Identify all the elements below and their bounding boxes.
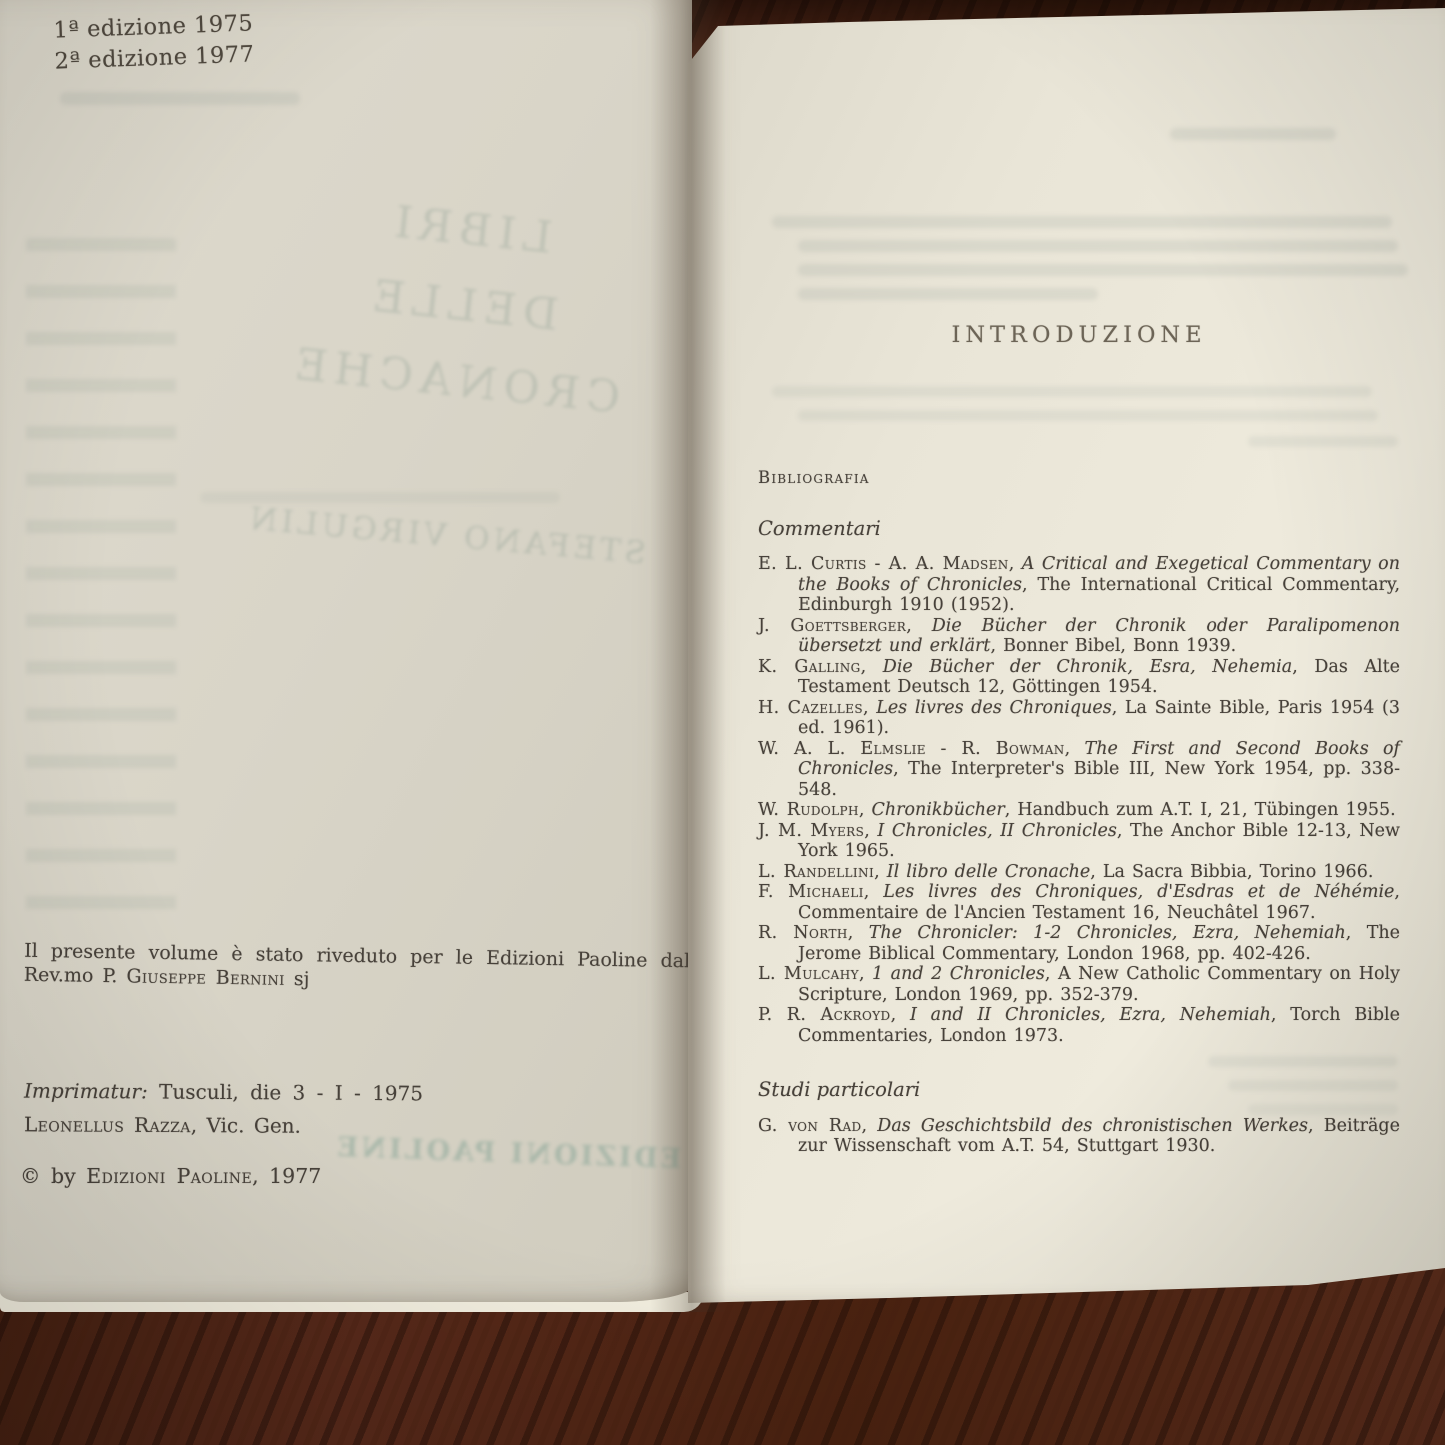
bib-entry: E. L. Curtis - A. A. Madsen, A Critical … — [758, 554, 1400, 616]
bleedthrough-smudge — [798, 288, 1098, 300]
bibliography: Bibliografia CommentariE. L. Curtis - A.… — [758, 468, 1400, 1191]
bleedthrough-publisher: EDIZIONI PAOLINE — [332, 1132, 685, 1175]
bibliography-list: E. L. Curtis - A. A. Madsen, A Critical … — [758, 554, 1400, 1046]
chapter-heading: INTRODUZIONE — [758, 322, 1400, 348]
bibliography-list: G. von Rad, Das Geschichtsbild des chron… — [758, 1116, 1400, 1157]
bib-entry: G. von Rad, Das Geschichtsbild des chron… — [758, 1116, 1400, 1157]
bleedthrough-title: LIBRI DELLE CRONACHE — [241, 171, 683, 442]
bleedthrough-smudge — [1248, 436, 1398, 447]
bleedthrough-smudge — [798, 240, 1398, 252]
bleedthrough-smudge — [772, 216, 1392, 228]
bleedthrough-author: STEFANO VIRGULIN — [227, 499, 664, 573]
bleedthrough-title-line1: LIBRI — [257, 171, 683, 290]
copyright-line: © by Edizioni Paoline, 1977 — [20, 1164, 321, 1188]
section-label: Commentari — [758, 519, 1400, 540]
bibliography-sections: CommentariE. L. Curtis - A. A. Madsen, A… — [758, 519, 1400, 1157]
bib-entry: J. M. Myers, I Chronicles, II Chronicles… — [758, 821, 1400, 862]
bib-entry: F. Michaeli, Les livres des Chroniques, … — [758, 882, 1400, 923]
edition-line-2: 2ª edizione 1977 — [54, 39, 255, 77]
bib-entry: L. Mulcahy, 1 and 2 Chronicles, A New Ca… — [758, 964, 1400, 1005]
bleedthrough-smudge — [798, 410, 1378, 421]
bib-entry: K. Galling, Die Bücher der Chronik, Esra… — [758, 657, 1400, 698]
left-page: 1ª edizione 1975 2ª edizione 1977 LIBRI … — [0, 0, 692, 1302]
right-page: INTRODUZIONE Bibliografia CommentariE. L… — [688, 0, 1445, 1308]
bib-entry: W. Rudolph, Chronikbücher, Handbuch zum … — [758, 800, 1400, 821]
edition-notice: 1ª edizione 1975 2ª edizione 1977 — [53, 8, 255, 77]
vicar-general-line: Leonellus Razza, Vic. Gen. — [24, 1112, 301, 1137]
imprimatur-line: Imprimatur: Tusculi, die 3 - I - 1975 — [24, 1079, 423, 1106]
bib-entry: J. Goettsberger, Die Bücher der Chronik … — [758, 616, 1400, 657]
bleedthrough-smudge — [772, 386, 1372, 397]
bleedthrough-name-column — [26, 238, 176, 930]
bleedthrough-smudge — [200, 492, 560, 503]
section-label: Studi particolari — [758, 1080, 1400, 1101]
revision-note: Il presente volume è stato riveduto per … — [24, 939, 691, 997]
bleedthrough-smudge — [60, 92, 300, 105]
bib-entry: H. Cazelles, Les livres des Chroniques, … — [758, 698, 1400, 739]
bleedthrough-smudge — [1170, 128, 1336, 140]
bib-entry: W. A. L. Elmslie - R. Bowman, The First … — [758, 739, 1400, 801]
bleedthrough-smudge — [798, 264, 1408, 276]
bleedthrough-title-line2: DELLE CRONACHE — [241, 246, 675, 441]
book-photo: 1ª edizione 1975 2ª edizione 1977 LIBRI … — [0, 0, 1445, 1445]
bibliography-label: Bibliografia — [758, 468, 1400, 489]
bib-entry: L. Randellini, Il libro delle Cronache, … — [758, 862, 1400, 883]
bib-entry: R. North, The Chronicler: 1-2 Chronicles… — [758, 923, 1400, 964]
bib-entry: P. R. Ackroyd, I and II Chronicles, Ezra… — [758, 1005, 1400, 1046]
